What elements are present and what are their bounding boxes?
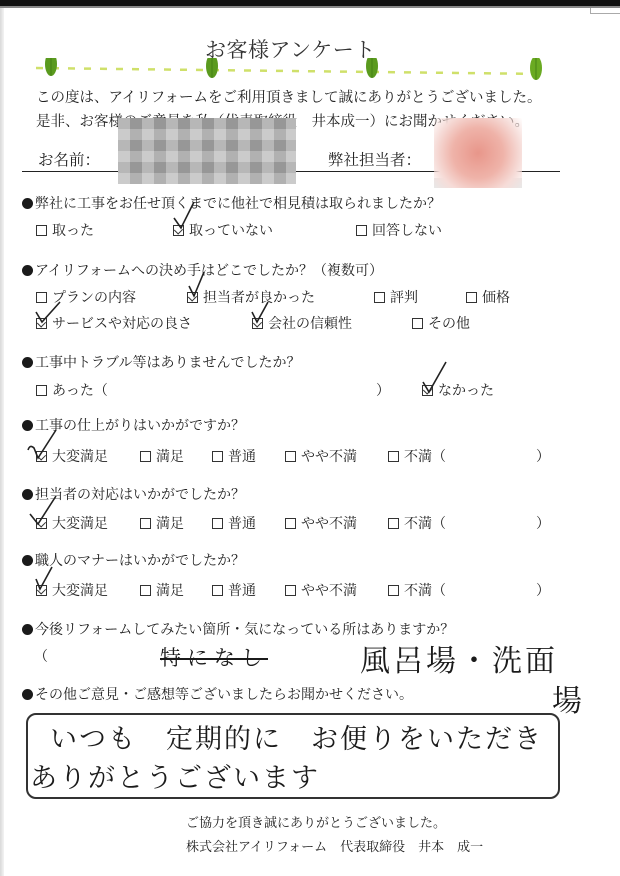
- staff-label: 弊社担当者：: [328, 148, 421, 170]
- handwritten-check-icon: [34, 300, 64, 328]
- name-value-redacted: [118, 118, 296, 184]
- question-1-text: 弊社に工事をお任せ頂くまでに他社で相見積は取られましたか？: [35, 196, 441, 212]
- option-label: 取った: [52, 223, 94, 239]
- q5-option-4[interactable]: やや不満: [285, 513, 357, 533]
- checkbox[interactable]: [412, 318, 423, 329]
- option-label: 満足: [156, 583, 184, 599]
- q1-option-1[interactable]: 取った: [36, 220, 94, 240]
- handwritten-check-icon: [170, 200, 200, 234]
- q5-option-5-close: ）: [536, 513, 550, 533]
- option-label: 価格: [482, 290, 510, 306]
- option-label: 取っていない: [189, 223, 273, 239]
- leaf-icon: [206, 58, 218, 78]
- bullet-icon: [22, 689, 33, 700]
- checkbox[interactable]: [36, 385, 47, 396]
- q3-option-1-close: ）: [376, 380, 390, 400]
- option-label: 普通: [228, 516, 256, 532]
- option-label: やや不満: [301, 449, 357, 465]
- option-label: 不満（: [404, 516, 446, 532]
- scan-top-border-shadow: [0, 6, 620, 8]
- staff-value-redacted: [434, 118, 522, 188]
- q7-open-paren: （: [34, 646, 48, 666]
- q6-option-5[interactable]: 不満（: [388, 580, 446, 600]
- q2-option-3[interactable]: 評判: [374, 287, 418, 307]
- q7-struck-answer: 特になし: [160, 642, 268, 672]
- option-label: 評判: [390, 290, 418, 306]
- handwritten-check-icon: [250, 300, 274, 328]
- name-label: お名前：: [38, 148, 100, 170]
- checkbox[interactable]: [285, 518, 296, 529]
- checkbox[interactable]: [285, 451, 296, 462]
- q6-option-5-close: ）: [536, 580, 550, 600]
- option-label: 普通: [228, 583, 256, 599]
- leaf-icon: [366, 58, 378, 78]
- leaf-icon: [530, 58, 542, 80]
- option-label: その他: [428, 316, 470, 332]
- question-4-text: 工事の仕上がりはいかがですか？: [35, 418, 245, 434]
- q4-option-5-close: ）: [536, 446, 550, 466]
- q1-option-3[interactable]: 回答しない: [356, 220, 442, 240]
- comment-line-2: ありがとうございます: [30, 756, 320, 795]
- checkbox[interactable]: [388, 451, 399, 462]
- question-3-text: 工事中トラブル等はありませんでしたか？: [35, 355, 300, 371]
- q7-handwritten-answer: 風呂場・洗面: [360, 636, 558, 680]
- q4-option-4[interactable]: やや不満: [285, 446, 357, 466]
- q4-option-3[interactable]: 普通: [212, 446, 256, 466]
- bullet-icon: [22, 198, 33, 209]
- intro-line-1: この度は、アイリフォームをご利用頂きまして誠にありがとうございました。: [36, 86, 541, 107]
- q2-option-4[interactable]: 価格: [466, 287, 510, 307]
- option-label: 普通: [228, 449, 256, 465]
- q7-handwritten-answer-cont: 場: [552, 676, 582, 720]
- checkbox[interactable]: [374, 292, 385, 303]
- scan-left-edge: [0, 8, 4, 876]
- q4-option-2[interactable]: 満足: [140, 446, 184, 466]
- question-5-text: 担当者の対応はいかがでしたか？: [35, 487, 245, 503]
- question-6-text: 職人のマナーはいかがでしたか？: [35, 553, 245, 569]
- q6-option-3[interactable]: 普通: [212, 580, 256, 600]
- checkbox[interactable]: [466, 292, 477, 303]
- option-label: 会社の信頼性: [268, 316, 352, 332]
- leaf-icon: [45, 58, 57, 76]
- handwritten-check-icon: [420, 360, 450, 398]
- option-label: 大変満足: [52, 583, 108, 599]
- checkbox[interactable]: [140, 585, 151, 596]
- checkbox[interactable]: [285, 585, 296, 596]
- bullet-icon: [22, 357, 33, 368]
- q5-option-3[interactable]: 普通: [212, 513, 256, 533]
- scan-corner-mark: [590, 8, 620, 14]
- bullet-icon: [22, 624, 33, 635]
- bullet-icon: [22, 555, 33, 566]
- option-label: 満足: [156, 449, 184, 465]
- question-8: その他ご意見・ご感想等ございましたらお聞かせください。: [22, 684, 413, 704]
- option-label: やや不満: [301, 516, 357, 532]
- option-label: サービスや対応の良さ: [52, 316, 192, 332]
- bullet-icon: [22, 265, 33, 276]
- option-label: 不満（: [404, 583, 446, 599]
- checkbox[interactable]: [388, 518, 399, 529]
- handwritten-check-icon: [28, 494, 60, 530]
- option-label: 大変満足: [52, 449, 108, 465]
- option-label: やや不満: [301, 583, 357, 599]
- checkbox[interactable]: [356, 225, 367, 236]
- handwritten-check-icon: [26, 428, 60, 464]
- q5-option-2[interactable]: 満足: [140, 513, 184, 533]
- question-1: 弊社に工事をお任せ頂くまでに他社で相見積は取られましたか？: [22, 193, 441, 213]
- question-8-text: その他ご意見・ご感想等ございましたらお聞かせください。: [35, 687, 413, 703]
- q6-option-2[interactable]: 満足: [140, 580, 184, 600]
- option-label: 満足: [156, 516, 184, 532]
- leaf-vine-decoration: [36, 58, 556, 88]
- q6-option-4[interactable]: やや不満: [285, 580, 357, 600]
- option-label: 回答しない: [372, 223, 442, 239]
- option-label: 大変満足: [52, 516, 108, 532]
- footer-thanks: ご協力を頂き誠にありがとうございました。: [186, 812, 446, 831]
- option-label: あった（: [52, 383, 108, 399]
- option-label: プランの内容: [52, 290, 136, 306]
- checkbox[interactable]: [212, 585, 223, 596]
- handwritten-check-icon: [186, 270, 210, 302]
- q3-option-1[interactable]: あった（: [36, 380, 108, 400]
- checkbox[interactable]: [212, 451, 223, 462]
- q2-option-7[interactable]: その他: [412, 313, 470, 333]
- checkbox[interactable]: [212, 518, 223, 529]
- checkbox[interactable]: [140, 451, 151, 462]
- question-3: 工事中トラブル等はありませんでしたか？: [22, 352, 300, 372]
- q4-option-5[interactable]: 不満（: [388, 446, 446, 466]
- checkbox[interactable]: [388, 585, 399, 596]
- handwritten-check-icon: [34, 565, 58, 595]
- checkbox[interactable]: [140, 518, 151, 529]
- comment-line-1: いつも 定期的に お便りをいただき: [50, 717, 543, 756]
- q5-option-5[interactable]: 不満（: [388, 513, 446, 533]
- footer-signature: 株式会社アイリフォーム 代表取締役 井本 成一: [186, 836, 483, 855]
- option-label: 不満（: [404, 449, 446, 465]
- checkbox[interactable]: [36, 225, 47, 236]
